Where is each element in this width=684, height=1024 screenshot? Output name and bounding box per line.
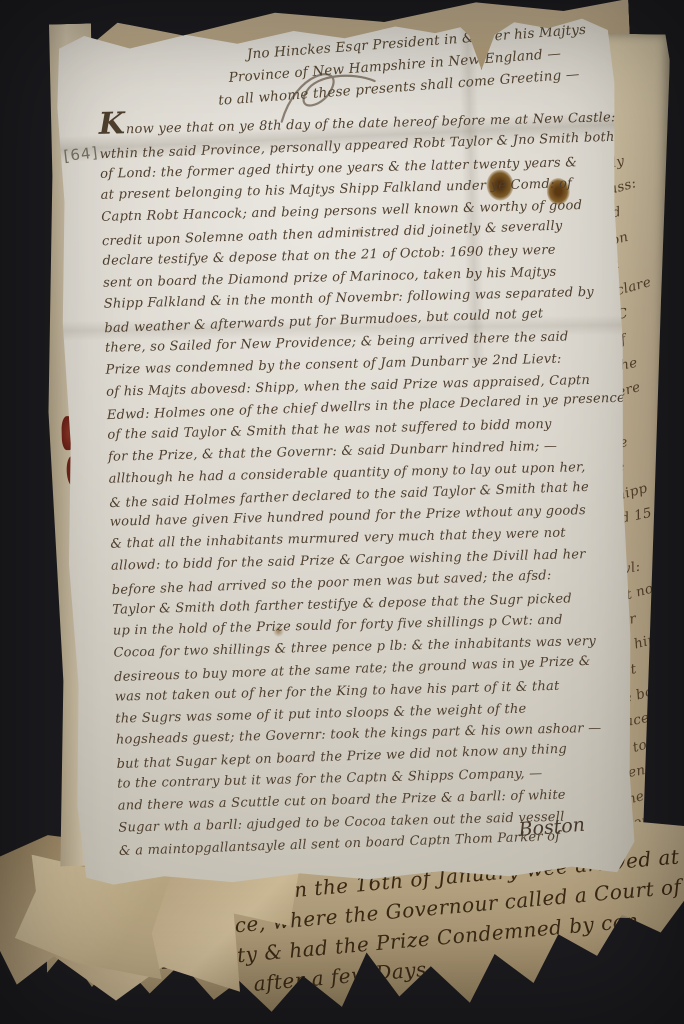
archival-pencil-mark: [64] [63,143,100,165]
deposition-body-text: Know yee that on ye 8th day of the date … [98,101,627,862]
manuscript-page: Jno Hinckes Esqr President in & over his… [50,14,640,891]
